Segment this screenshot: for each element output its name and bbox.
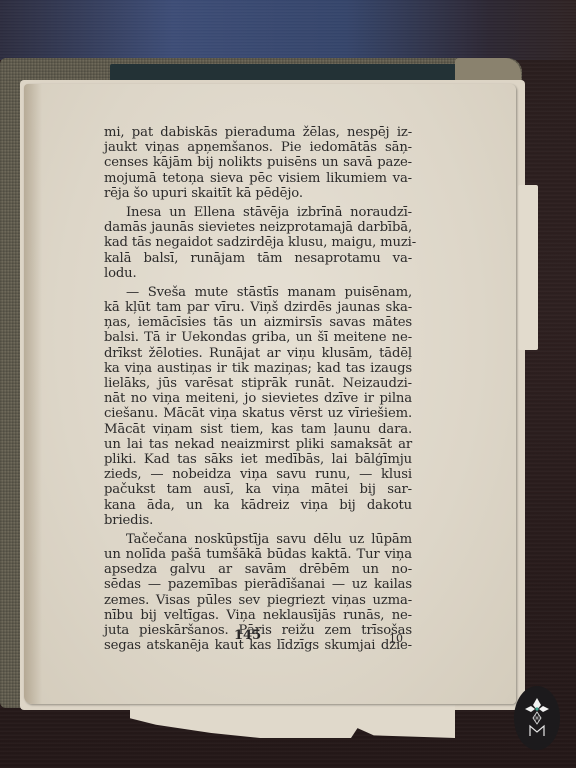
text-line: kalā balsī, runājam tām nesaprotamu va- [104,251,412,266]
text-line: ciešanu. Mācāt viņa skatus vērst uz vīri… [104,406,412,421]
ornament-logo-icon [522,696,552,740]
watermark-letter [530,726,544,736]
text-line: lielāks, jūs varēsat stiprāk runāt. Neiz… [104,376,412,391]
page-gutter-shadow [24,84,42,704]
text-line: censes kājām bij nolikts puisēns un savā… [104,155,412,170]
text-line: briedis. [104,513,412,528]
text-line: kā kļūt tam par vīru. Viņš dzirdēs jauna… [104,300,412,315]
text-line: — Sveša mute stāstīs manam puisēnam, [104,285,412,300]
text-line: sēdas — pazemības pierādīšanai — uz kail… [104,577,412,592]
text-line: ka viņa austiņas ir tik maziņas; kad tas… [104,361,412,376]
text-line: mojumā tetoņa sieva pēc visiem likumiem … [104,171,412,186]
watermark-badge [514,686,560,750]
text-line: pliki. Kad tas sāks iet medībās, lai bāl… [104,452,412,467]
text-line: kad tās negaidot sadzirdēja klusu, maigu… [104,235,412,250]
text-line: damās jaunās sievietes neizprotamajā dar… [104,220,412,235]
signature-mark: 10 [389,632,403,645]
text-line: zemes. Visas pūles sev piegriezt viņas u… [104,593,412,608]
text-line: apsedza galvu ar savām drēbēm un no- [104,562,412,577]
page-number: 145 [234,628,261,643]
text-line: nību bij veltīgas. Viņa neklausījās runā… [104,608,412,623]
text-line: un lai tas nekad neaizmirst pliki samaks… [104,437,412,452]
text-line: jaukt viņas apņemšanos. Pie iedomātās sā… [104,140,412,155]
text-line: lodu. [104,266,412,281]
text-line: mi, pat dabiskās pieraduma žēlas, nespēj… [104,125,412,140]
text-line: zieds, — nobeidza viņa savu runu, — klus… [104,467,412,482]
torn-page-edge-bottom [130,705,455,738]
text-line: nāt no viņa meiteni, jo sievietes dzīve … [104,391,412,406]
text-line: Mācāt viņam sist tiem, kas tam ļaunu dar… [104,422,412,437]
text-line: Inesa un Ellena stāvēja izbrīnā noraudzī… [104,205,412,220]
text-line: pačukst tam ausī, ka viņa mātei bij sar- [104,482,412,497]
text-line: balsi. Tā ir Uekondas griba, un šī meite… [104,330,412,345]
text-line: Tačečana noskūpstīja savu dēlu uz lūpām [104,532,412,547]
table-background [0,0,576,60]
text-line: rēja šo upuri skaitīt kā pēdējo. [104,186,412,201]
text-line: drīkst žēloties. Runājat ar viņu klusām,… [104,346,412,361]
torn-page-edge-right [518,185,538,350]
text-line: kana āda, un ka kādreiz viņa bij dakotu [104,498,412,513]
page-text-body: mi, pat dabiskās pieraduma žēlas, nespēj… [104,125,412,653]
text-line: un nolīda pašā tumšākā būdas kaktā. Tur … [104,547,412,562]
text-line: ņas, iemācīsies tās un aizmirsīs savas m… [104,315,412,330]
